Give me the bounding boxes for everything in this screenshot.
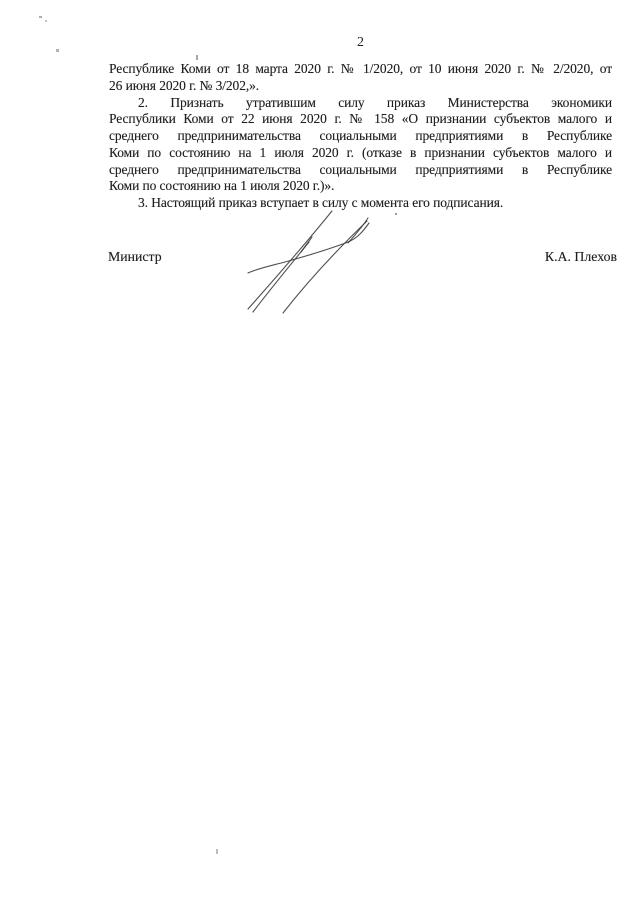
- scan-speck: [45, 20, 47, 22]
- text-line: Республики Коми от 22 июня 2020 г. № 158…: [109, 111, 612, 128]
- signature-scribble-icon: [230, 196, 410, 326]
- text-line: 26 июня 2020 г. № 3/202,».: [109, 78, 612, 95]
- page-number: 2: [109, 35, 612, 51]
- text-line: 2. Признать утратившим силу приказ Минис…: [109, 95, 612, 112]
- text-line: среднего предпринимательства социальными…: [109, 128, 612, 145]
- scan-speck: [56, 49, 59, 52]
- text-line: Коми по состоянию на 1 июля 2020 г.)».: [109, 178, 612, 195]
- document-body: Республике Коми от 18 марта 2020 г. № 1/…: [109, 61, 612, 212]
- scan-speck: [216, 849, 218, 854]
- text-line: среднего предпринимательства социальными…: [109, 162, 612, 179]
- document-page: 2 Республике Коми от 18 марта 2020 г. № …: [0, 0, 640, 905]
- text-line: Коми по состоянию на 1 июля 2020 г. (отк…: [109, 145, 612, 162]
- scan-speck: [196, 55, 198, 60]
- scan-speck: [39, 16, 42, 18]
- text-line: Республике Коми от 18 марта 2020 г. № 1/…: [109, 61, 612, 78]
